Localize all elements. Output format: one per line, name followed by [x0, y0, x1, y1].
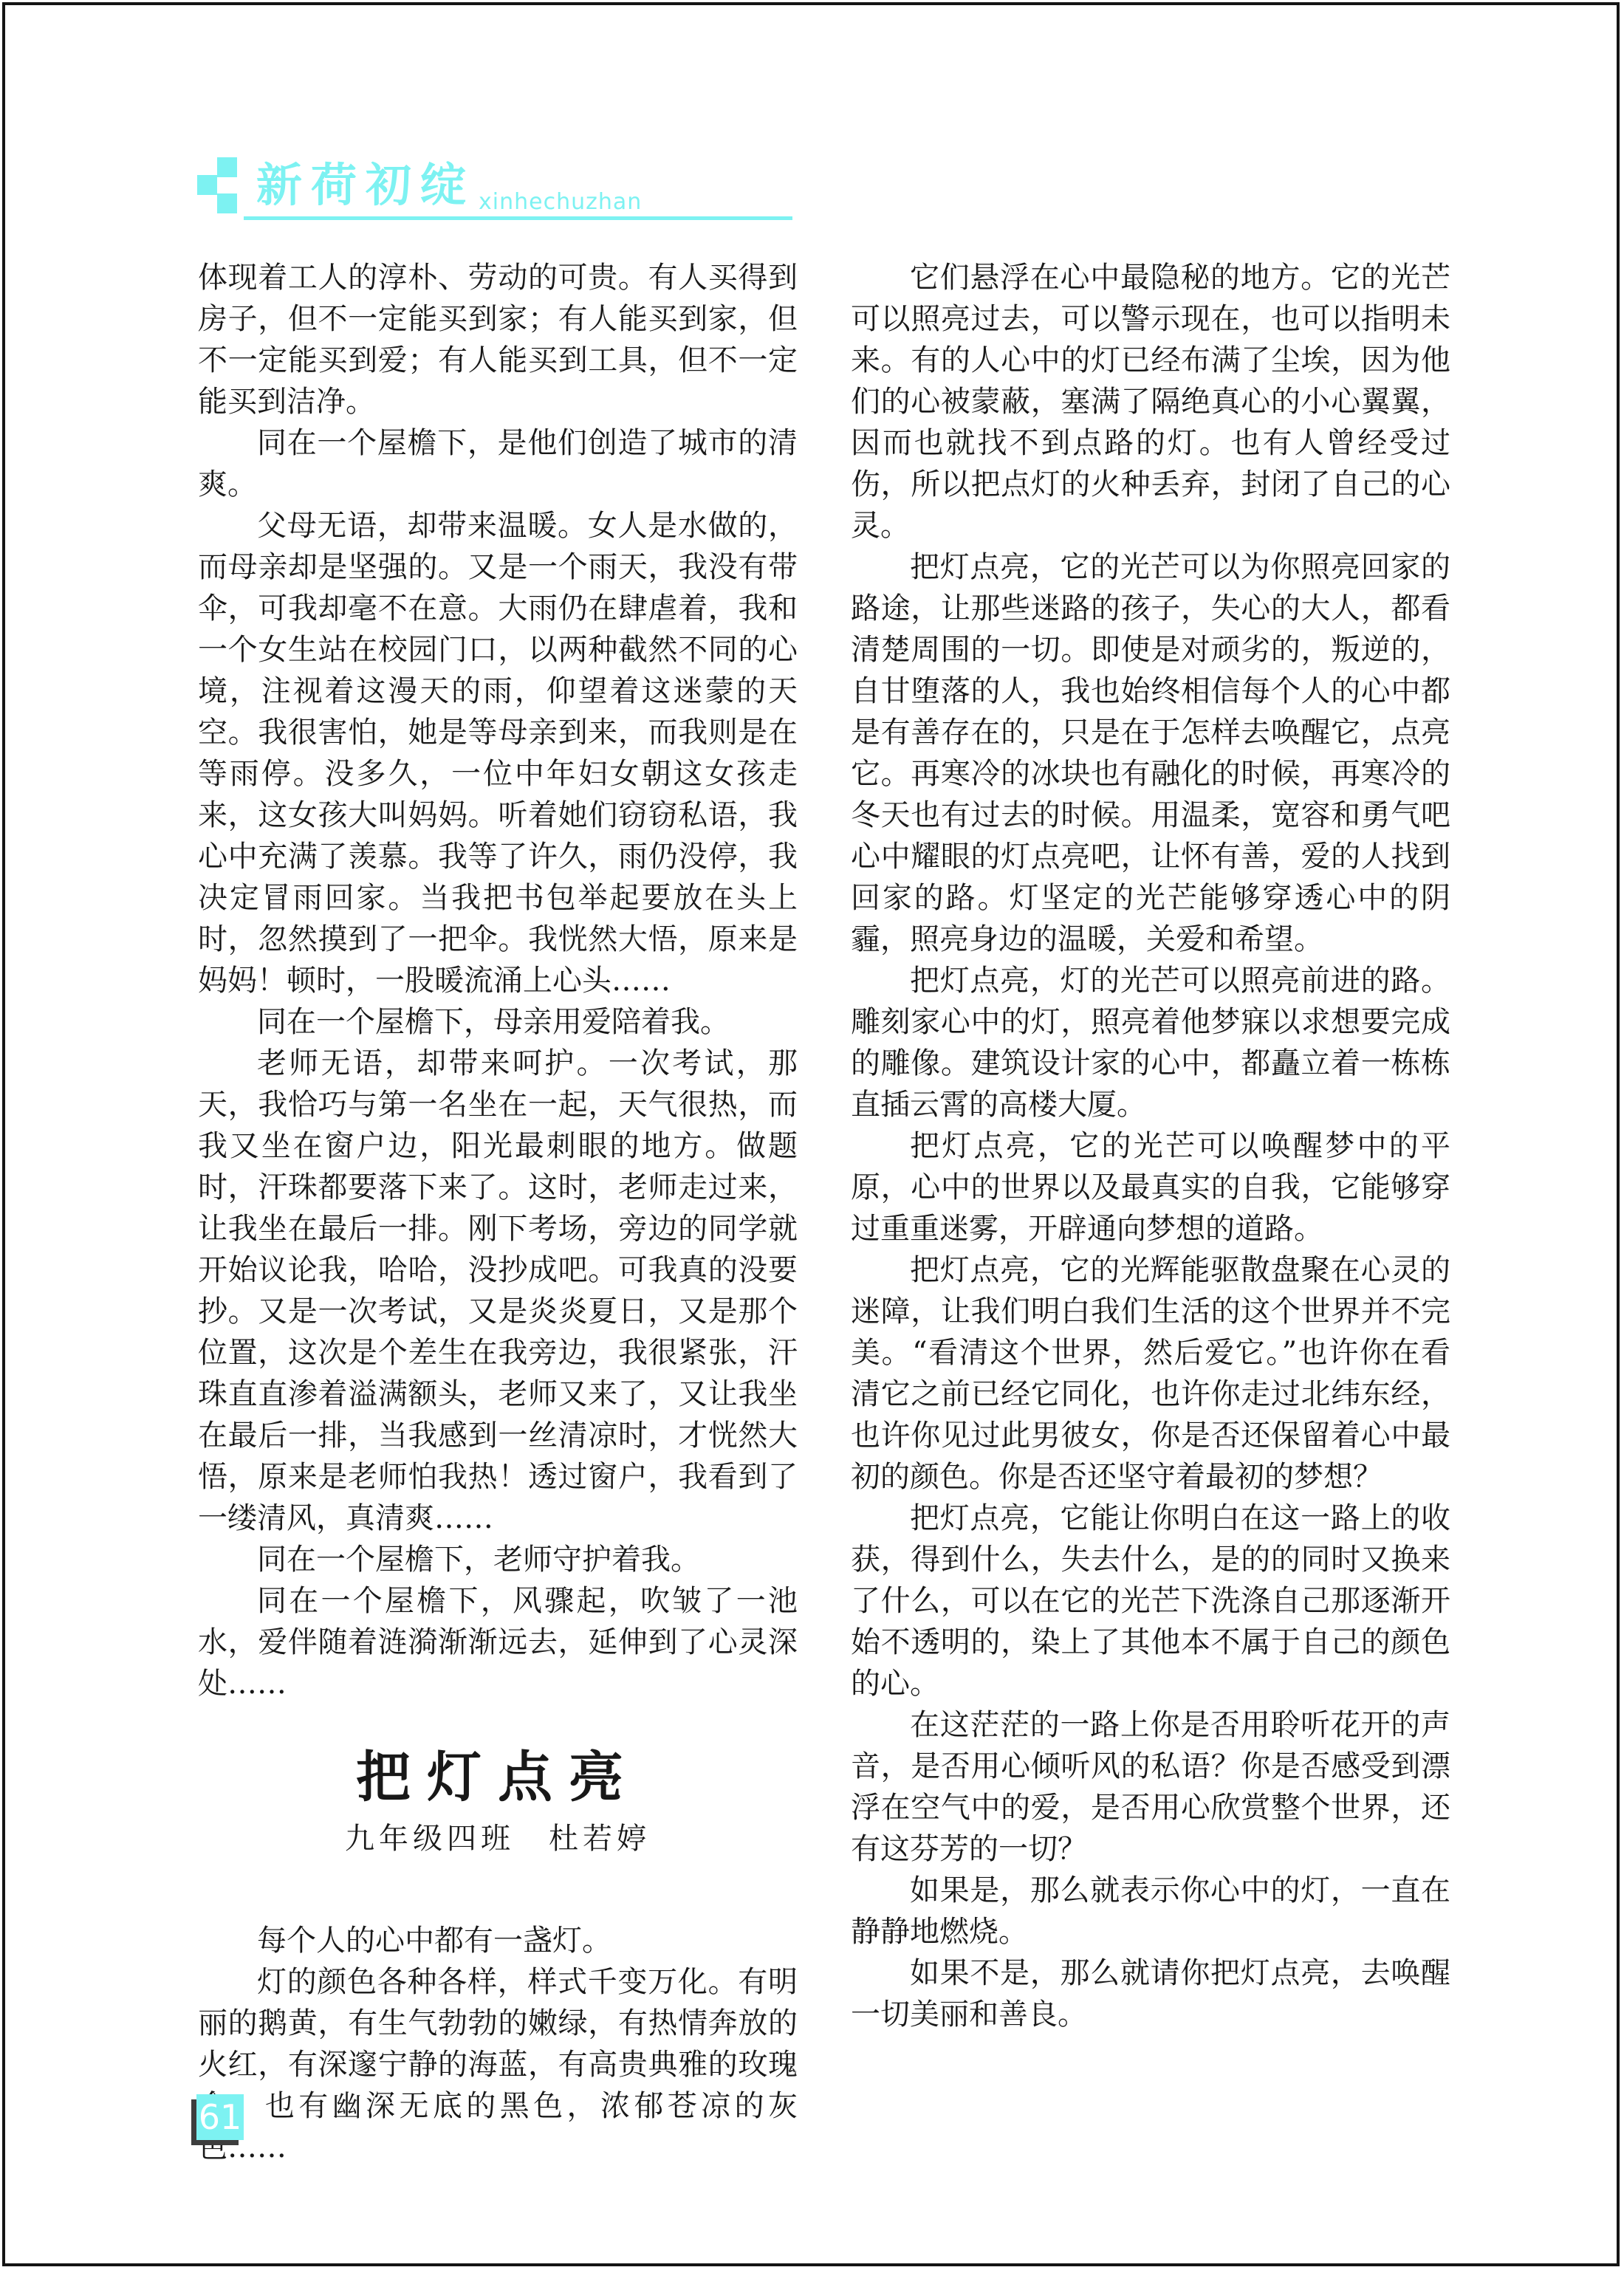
paragraph: 同在一个屋檐下，是他们创造了城市的清爽。: [198, 422, 798, 505]
paragraph: 同在一个屋檐下，风骤起，吹皱了一池水，爱伴随着涟漪渐渐远去，延伸到了心灵深处……: [198, 1580, 798, 1704]
magazine-page: 新荷初绽 xinhechuzhan 体现着工人的淳朴、劳动的可贵。有人买得到房子…: [0, 0, 1624, 2270]
header-underline: [244, 216, 792, 220]
right-column: 它们悬浮在心中最隐秘的地方。它的光芒可以照亮过去，可以警示现在，也可以指明未来。…: [851, 257, 1450, 2035]
page-number: 61: [199, 2097, 242, 2137]
left-column: 体现着工人的淳朴、劳动的可贵。有人买得到房子，但不一定能买到家；有人能买到家，但…: [198, 257, 798, 2168]
paragraph: 体现着工人的淳朴、劳动的可贵。有人买得到房子，但不一定能买到家；有人能买到家，但…: [198, 257, 798, 422]
checker-square-icon: [197, 175, 217, 195]
paragraph: 在这茫茫的一路上你是否用聆听花开的声音，是否用心倾听风的私语？你是否感受到漂浮在…: [851, 1704, 1450, 1870]
article2-title: 把灯点亮: [198, 1747, 798, 1808]
paragraph: 把灯点亮，它的光芒可以唤醒梦中的平原，心中的世界以及最真实的自我，它能够穿过重重…: [851, 1125, 1450, 1249]
logo-subtitle: xinhechuzhan: [479, 189, 642, 215]
paragraph: 把灯点亮，它的光芒可以为你照亮回家的路途，让那些迷路的孩子，失心的大人，都看清楚…: [851, 546, 1450, 960]
logo-title: 新荷初绽: [256, 160, 475, 211]
paragraph: 把灯点亮，灯的光芒可以照亮前进的路。雕刻家心中的灯，照亮着他梦寐以求想要完成的雕…: [851, 960, 1450, 1125]
article1-body: 体现着工人的淳朴、劳动的可贵。有人买得到房子，但不一定能买到家；有人能买到家，但…: [198, 257, 798, 1704]
paragraph: 每个人的心中都有一盏灯。: [198, 1920, 798, 1961]
article2-body-continued: 它们悬浮在心中最隐秘的地方。它的光芒可以照亮过去，可以警示现在，也可以指明未来。…: [851, 257, 1450, 2035]
checker-square-icon: [217, 193, 237, 213]
paragraph: 老师无语，却带来呵护。一次考试，那天，我恰巧与第一名坐在一起，天气很热，而我又坐…: [198, 1043, 798, 1539]
paragraph: 把灯点亮，它的光辉能驱散盘聚在心灵的迷障，让我们明白我们生活的这个世界并不完美。…: [851, 1249, 1450, 1498]
paragraph: 灯的颜色各种各样，样式千变万化。有明丽的鹅黄，有生气勃勃的嫩绿，有热情奔放的火红…: [198, 1961, 798, 2168]
paragraph: 父母无语，却带来温暖。女人是水做的，而母亲却是坚强的。又是一个雨天，我没有带伞，…: [198, 505, 798, 1001]
paragraph: 同在一个屋檐下，母亲用爱陪着我。: [198, 1001, 798, 1043]
checker-square-icon: [217, 157, 237, 177]
paragraph: 如果是，那么就表示你心中的灯，一直在静静地燃烧。: [851, 1870, 1450, 1952]
page-number-badge: 61: [196, 2094, 244, 2140]
logo-checker-icon: [197, 157, 239, 215]
paragraph: 把灯点亮，它能让你明白在这一路上的收获，得到什么，失去什么，是的的同时又换来了什…: [851, 1498, 1450, 1704]
paragraph: 如果不是，那么就请你把灯点亮，去唤醒一切美丽和善良。: [851, 1952, 1450, 2035]
paragraph: 同在一个屋檐下，老师守护着我。: [198, 1539, 798, 1580]
article2-body: 每个人的心中都有一盏灯。灯的颜色各种各样，样式千变万化。有明丽的鹅黄，有生气勃勃…: [198, 1920, 798, 2168]
article2-byline: 九年级四班 杜若婷: [198, 1818, 798, 1859]
paragraph: 它们悬浮在心中最隐秘的地方。它的光芒可以照亮过去，可以警示现在，也可以指明未来。…: [851, 257, 1450, 546]
